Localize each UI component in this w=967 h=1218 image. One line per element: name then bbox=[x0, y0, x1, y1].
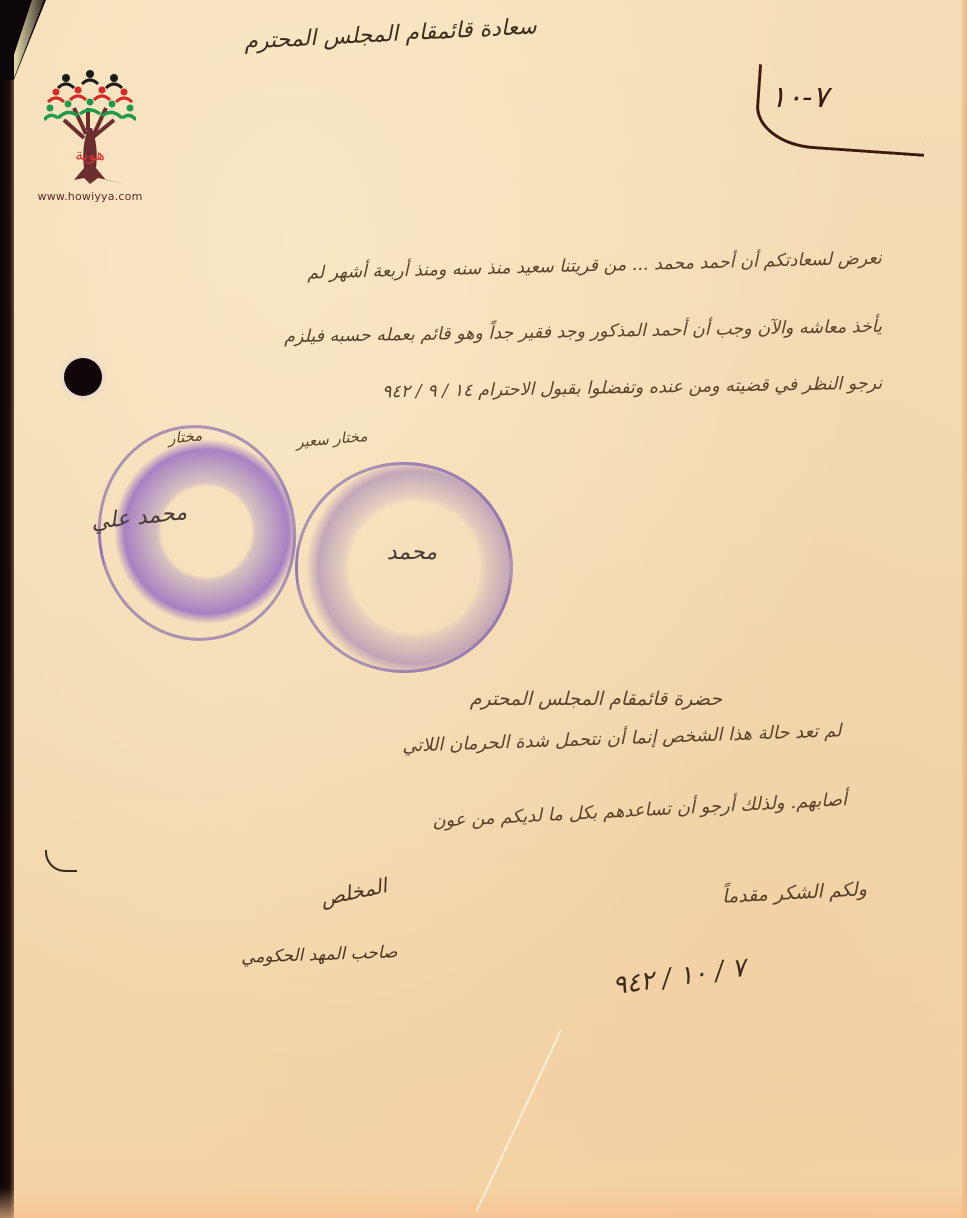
reference-number: ٧-١٠ bbox=[770, 80, 829, 115]
reply-salutation: حضرة قائمقام المجلس المحترم bbox=[470, 688, 722, 710]
official-seal-stamp bbox=[295, 462, 513, 673]
logo-url: www.howiyya.com bbox=[28, 190, 152, 203]
scan-edge-shadow bbox=[0, 0, 14, 1218]
family-tree-icon: هوية bbox=[44, 68, 136, 186]
stamp-signature: محمد bbox=[387, 540, 437, 565]
watermark-logo: هوية www.howiyya.com bbox=[28, 68, 152, 208]
logo-brand-text: هوية bbox=[75, 145, 105, 165]
stamp-caption: مختار bbox=[167, 426, 203, 447]
punch-hole bbox=[64, 358, 102, 396]
paper-right-edge bbox=[961, 0, 967, 1218]
